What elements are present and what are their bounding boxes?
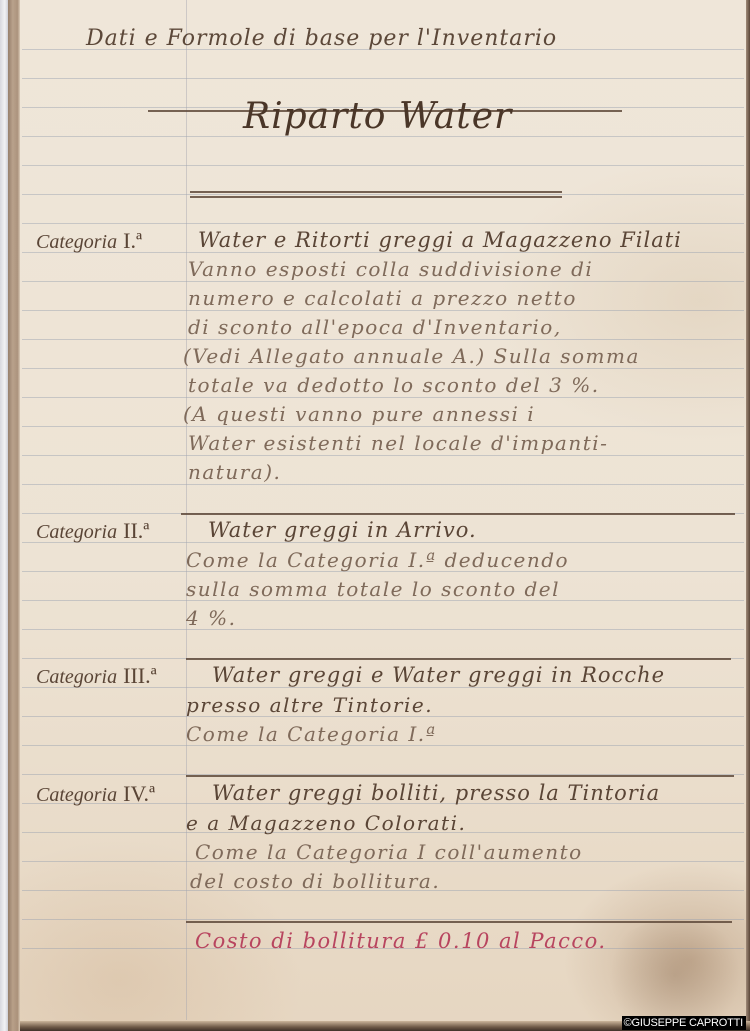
category-4-line-2: e a Magazzeno Colorati. [186,811,466,835]
section-divider-1 [181,513,735,515]
category-1-line-3: numero e calcolati a prezzo netto [188,286,577,310]
page-title: Riparto Water [243,96,512,137]
category-1-line-9: natura). [188,460,281,484]
category-2-line-1: Water greggi in Arrivo. [208,518,477,542]
category-1-label: CategoriaI.ª [36,228,142,254]
section-divider-3 [186,775,734,777]
boiling-cost-note: Costo di bollitura £ 0.10 al Pacco. [195,929,607,953]
category-label-text: Categoria [36,666,117,688]
category-2-line-2: Come la Categoria I.ª deducendo [186,548,569,572]
section-divider-2 [186,658,731,660]
category-label-text: Categoria [36,521,117,543]
category-3-line-3: Come la Categoria I.ª [186,722,437,746]
category-numeral: II.ª [123,518,149,543]
category-1-line-1: Water e Ritorti greggi a Magazzeno Filat… [198,228,682,252]
notebook-page: Dati e Formole di base per l'Inventario … [0,0,750,1031]
category-2-label: CategoriaII.ª [36,518,149,544]
water-stain [600,920,750,1030]
category-1-line-5: (Vedi Allegato annuale A.) Sulla somma [183,344,640,368]
category-3-label: CategoriaIII.ª [36,663,157,689]
category-label-text: Categoria [36,784,117,806]
category-3-line-1: Water greggi e Water greggi in Rocche [212,663,665,687]
category-3-line-2: presso altre Tintorie. [186,693,433,717]
category-1-line-6: totale va dedotto lo sconto del 3 %. [188,373,600,397]
category-1-line-2: Vanno esposti colla suddivisione di [188,257,593,281]
category-4-line-4: del costo di bollitura. [190,869,440,893]
category-4-line-3: Come la Categoria I coll'aumento [195,840,583,864]
title-double-rule-top [190,191,562,193]
category-numeral: III.ª [123,663,157,688]
category-numeral: IV.ª [123,781,155,806]
margin-line [186,0,187,1020]
category-4-label: CategoriaIV.ª [36,781,155,807]
category-1-line-8: Water esistenti nel locale d'impanti- [188,431,608,455]
page-right-edge [746,0,750,1031]
category-2-line-4: 4 %. [186,606,236,630]
category-2-line-3: sulla somma totale lo sconto del [186,577,560,601]
page-header: Dati e Formole di base per l'Inventario [86,26,557,51]
title-double-rule-bottom [190,196,562,198]
page-spine-edge [8,0,20,1031]
category-label-text: Categoria [36,231,117,253]
binding-strip [0,0,8,1031]
category-4-line-1: Water greggi bolliti, presso la Tintoria [212,781,660,805]
category-1-line-7: (A questi vanno pure annessi i [183,402,535,426]
category-numeral: I.ª [123,228,142,253]
category-1-line-4: di sconto all'epoca d'Inventario, [188,315,562,339]
copyright-watermark: ©GIUSEPPE CAPROTTI [622,1016,746,1030]
